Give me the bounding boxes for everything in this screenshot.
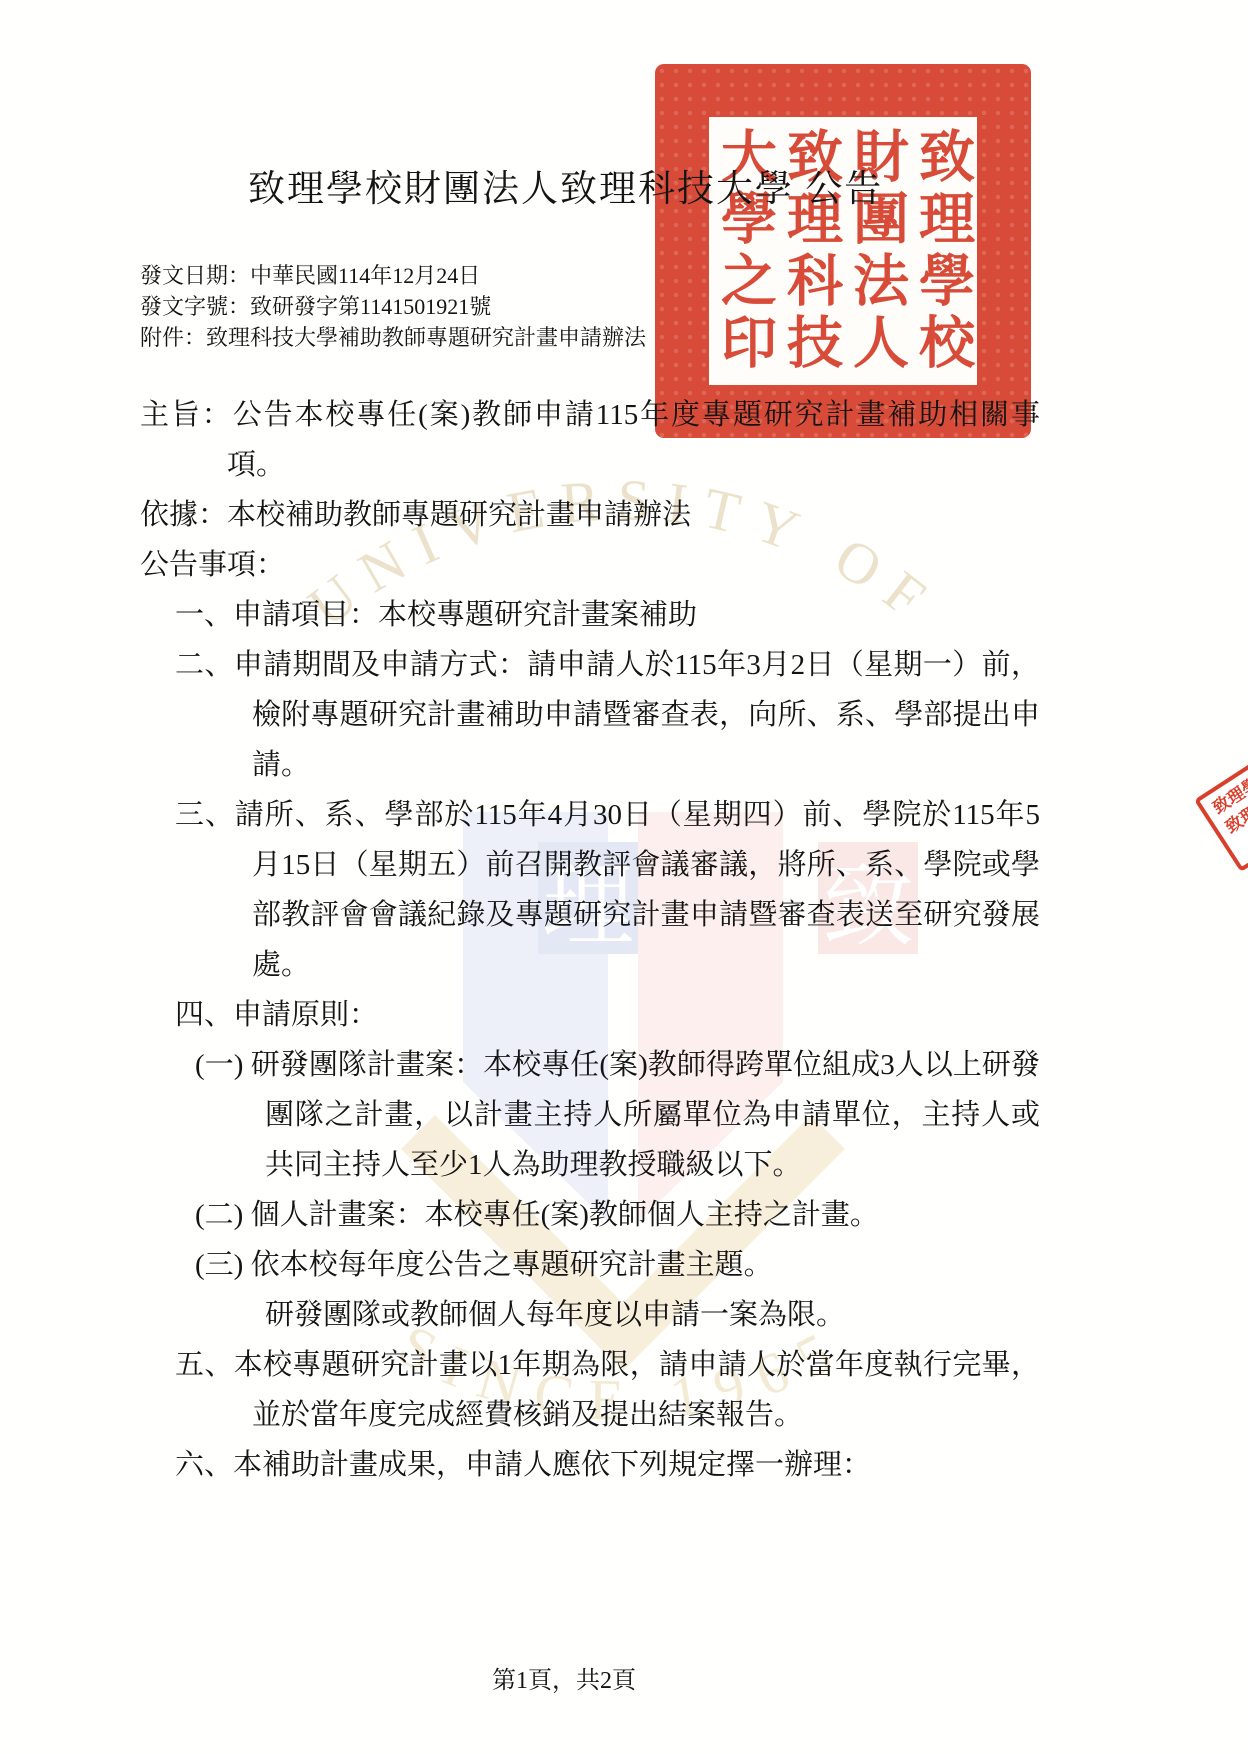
paragraph-subject: 主旨：公告本校專任(案)教師申請115年度專題研究計畫補助相關事項。	[140, 390, 1040, 490]
meta-doc-number-value: 致研發字第1141501921號	[250, 294, 491, 319]
paragraph-item-4-2-text: 個人計畫案：本校專任(案)教師個人主持之計畫。	[251, 1199, 879, 1231]
paragraph-item-4-3-continued: 研發團隊或教師個人每年度以申請一案為限。	[140, 1290, 1040, 1340]
paragraph-item-3: 三、請所、系、學部於115年4月30日（星期四）前、學院於115年5月15日（星…	[140, 790, 1040, 990]
meta-issue-date: 發文日期：中華民國114年12月24日	[140, 260, 646, 291]
university-seal-stamp: 致理學校財團法人致理科技大學之印	[655, 64, 1031, 438]
corner-stamp: 致理學校財團法人 致理科技大學	[1194, 697, 1248, 873]
paragraph-item-4-label: 四、	[175, 999, 233, 1031]
paragraph-item-4-3: (三) 依本校每年度公告之專題研究計畫主題。	[140, 1240, 1040, 1290]
document-page: 理 致 UNIVERSITY OF SINCE 1965 致理學校財團法人致理科…	[0, 0, 1248, 1754]
paragraph-item-2: 二、申請期間及申請方式：請申請人於115年3月2日（星期一）前，檢附專題研究計畫…	[140, 640, 1040, 790]
page-number: 第1頁，共2頁	[0, 1660, 1128, 1695]
paragraph-item-5-label: 五、	[175, 1349, 234, 1381]
paragraph-subject-label: 主旨：	[140, 399, 233, 431]
paragraph-item-3-text: 請所、系、學部於115年4月30日（星期四）前、學院於115年5月15日（星期五…	[235, 799, 1040, 981]
paragraph-item-4-2: (二) 個人計畫案：本校專任(案)教師個人主持之計畫。	[140, 1190, 1040, 1240]
paragraph-item-5-text: 本校專題研究計畫以1年期為限，請申請人於當年度執行完畢，並於當年度完成經費核銷及…	[234, 1349, 1040, 1431]
paragraph-item-4-2-label: (二)	[195, 1199, 251, 1231]
paragraph-item-4-1-label: (一)	[195, 1049, 251, 1081]
paragraph-item-4-3-label: (三)	[195, 1249, 251, 1281]
paragraph-basis: 依據：本校補助教師專題研究計畫申請辦法	[140, 490, 1040, 540]
paragraph-item-3-label: 三、	[175, 799, 235, 831]
meta-issue-date-value: 中華民國114年12月24日	[250, 263, 480, 288]
meta-issue-date-label: 發文日期：	[140, 263, 250, 288]
paragraph-announcement-heading: 公告事項：	[140, 540, 1040, 590]
paragraph-item-4-text: 申請原則：	[233, 999, 378, 1031]
paragraph-item-1-label: 一、	[175, 599, 233, 631]
meta-attachment-value: 致理科技大學補助教師專題研究計畫申請辦法	[206, 325, 646, 350]
meta-attachment: 附件：致理科技大學補助教師專題研究計畫申請辦法	[140, 322, 646, 353]
paragraph-basis-label: 依據：	[140, 499, 227, 531]
paragraph-basis-text: 本校補助教師專題研究計畫申請辦法	[227, 499, 691, 531]
paragraph-subject-text: 公告本校專任(案)教師申請115年度專題研究計畫補助相關事項。	[227, 399, 1040, 481]
paragraph-item-4: 四、申請原則：	[140, 990, 1040, 1040]
corner-stamp-line1: 致理學校財團法人	[1209, 711, 1248, 821]
paragraph-item-5: 五、本校專題研究計畫以1年期為限，請申請人於當年度執行完畢，並於當年度完成經費核…	[140, 1340, 1040, 1440]
document-meta: 發文日期：中華民國114年12月24日 發文字號：致研發字第1141501921…	[140, 260, 646, 353]
paragraph-item-1-text: 申請項目：本校專題研究計畫案補助	[233, 599, 697, 631]
paragraph-item-4-3-continued-text: 研發團隊或教師個人每年度以申請一案為限。	[265, 1299, 845, 1331]
paragraph-item-2-label: 二、	[175, 649, 234, 681]
paragraph-item-4-1: (一) 研發團隊計畫案：本校專任(案)教師得跨單位組成3人以上研發團隊之計畫，以…	[140, 1040, 1040, 1190]
paragraph-item-1: 一、申請項目：本校專題研究計畫案補助	[140, 590, 1040, 640]
paragraph-item-6-label: 六、	[175, 1449, 233, 1481]
document-title: 致理學校財團法人致理科技大學 公告	[248, 158, 883, 212]
paragraph-item-2-text: 申請期間及申請方式：請申請人於115年3月2日（星期一）前，檢附專題研究計畫補助…	[234, 649, 1040, 781]
document-body: 主旨：公告本校專任(案)教師申請115年度專題研究計畫補助相關事項。 依據：本校…	[140, 390, 1040, 1490]
meta-doc-number: 發文字號：致研發字第1141501921號	[140, 291, 646, 322]
meta-attachment-label: 附件：	[140, 325, 206, 350]
paragraph-item-6: 六、本補助計畫成果，申請人應依下列規定擇一辦理：	[140, 1440, 1040, 1490]
meta-doc-number-label: 發文字號：	[140, 294, 250, 319]
paragraph-announcement-heading-label: 公告事項：	[140, 549, 285, 581]
paragraph-item-4-1-text: 研發團隊計畫案：本校專任(案)教師得跨單位組成3人以上研發團隊之計畫，以計畫主持…	[251, 1049, 1040, 1181]
paragraph-item-4-3-text: 依本校每年度公告之專題研究計畫主題。	[251, 1249, 773, 1281]
paragraph-item-6-text: 本補助計畫成果，申請人應依下列規定擇一辦理：	[233, 1449, 871, 1481]
